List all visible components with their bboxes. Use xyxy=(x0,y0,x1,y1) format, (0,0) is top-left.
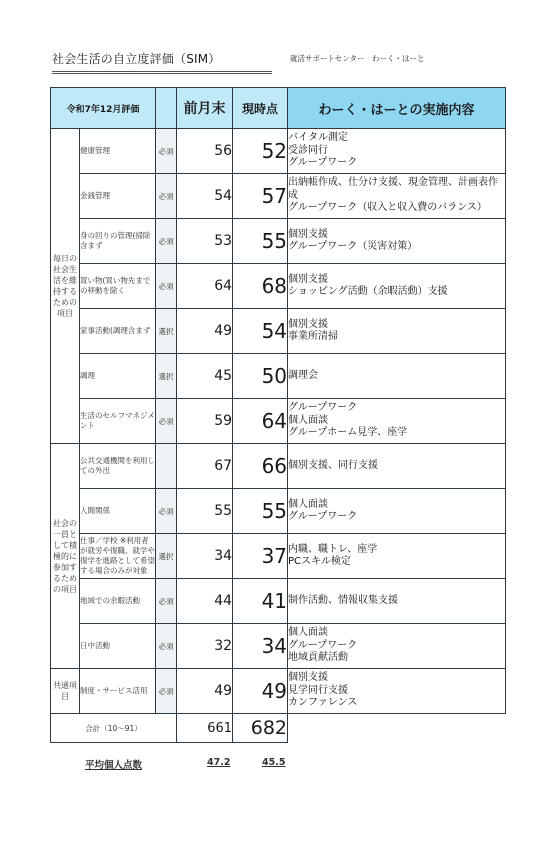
current-score: 49 xyxy=(233,669,288,714)
organization-name: 就活サポートセンター わーく・はーと xyxy=(290,53,424,64)
current-score: 68 xyxy=(233,264,288,309)
support-content: 内職、職トレ、座学PCスキル検定 xyxy=(288,534,506,579)
item-name: 買い物(買い物先までの移動を除く xyxy=(80,264,156,309)
support-content: グループワーク個人面談グループホーム見学、座学 xyxy=(288,399,506,444)
table-header-row: 令和7年12月評価 前月末 現時点 わーく・はーとの実施内容 xyxy=(51,88,506,129)
previous-score: 64 xyxy=(177,264,233,309)
average-previous: 47.2 xyxy=(207,757,230,768)
previous-score: 49 xyxy=(177,309,233,354)
table-row: 社会の一員として積極的に参加するための項目公共交通機関を利用しての外出6766個… xyxy=(51,444,506,489)
previous-score: 53 xyxy=(177,219,233,264)
support-content-line: グループワーク xyxy=(288,640,505,653)
current-score: 37 xyxy=(233,534,288,579)
support-content-line: 個別支援、同行支援 xyxy=(288,460,505,473)
support-content: 個別支援見学同行支援カンファレンス xyxy=(288,669,506,714)
item-name: 公共交通機関を利用しての外出 xyxy=(80,444,156,489)
support-content-line: 受診同行 xyxy=(288,145,505,158)
header-previous-month-end: 前月末 xyxy=(177,88,233,129)
total-previous: 661 xyxy=(177,714,233,743)
support-content-line: 個別支援 xyxy=(288,319,505,332)
item-name: 調理 xyxy=(80,354,156,399)
average-label: 平均個人点数 xyxy=(85,757,142,771)
item-name: 制度・サービス活用 xyxy=(80,669,156,714)
support-content-line: PCスキル検定 xyxy=(288,556,505,569)
required-flag: 選択 xyxy=(156,354,177,399)
group-label: 社会の一員として積極的に参加するための項目 xyxy=(51,444,80,669)
support-content-line: ショッピング活動（余暇活動）支援 xyxy=(288,286,505,299)
item-name: 地域での余暇活動 xyxy=(80,579,156,624)
support-content-line: 個人面談 xyxy=(288,499,505,512)
required-flag: 必須 xyxy=(156,219,177,264)
support-content: 個別支援、同行支援 xyxy=(288,444,506,489)
required-flag: 必須 xyxy=(156,264,177,309)
header-evaluation-period: 令和7年12月評価 xyxy=(51,88,156,129)
table-row: 買い物(買い物先までの移動を除く必須6468個別支援ショッピング活動（余暇活動）… xyxy=(51,264,506,309)
header-content: わーく・はーとの実施内容 xyxy=(288,88,506,129)
support-content-line: バイタル測定 xyxy=(288,132,505,145)
required-flag: 必須 xyxy=(156,489,177,534)
previous-score: 55 xyxy=(177,489,233,534)
previous-score: 56 xyxy=(177,129,233,174)
table-row: 人間関係必須5555個人面談グループワーク xyxy=(51,489,506,534)
previous-score: 34 xyxy=(177,534,233,579)
support-content-line: 個人面談 xyxy=(288,627,505,640)
support-content-line: 個別支援 xyxy=(288,274,505,287)
item-name: 生活のセルフマネジメント xyxy=(80,399,156,444)
required-flag: 必須 xyxy=(156,399,177,444)
previous-score: 67 xyxy=(177,444,233,489)
support-content-line: 調理会 xyxy=(288,370,505,383)
support-content-line: 地域貢献活動 xyxy=(288,652,505,665)
support-content-line: 個別支援 xyxy=(288,672,505,685)
current-score: 52 xyxy=(233,129,288,174)
item-name: 人間関係 xyxy=(80,489,156,534)
support-content: 個別支援グループワーク（災害対策） xyxy=(288,219,506,264)
header-required xyxy=(156,88,177,129)
header-current: 現時点 xyxy=(233,88,288,129)
current-score: 57 xyxy=(233,174,288,219)
group-label: 共通項目 xyxy=(51,669,80,714)
table-row: 地域での余暇活動必須4441制作活動、情報収集支援 xyxy=(51,579,506,624)
support-content-line: 内職、職トレ、座学 xyxy=(288,544,505,557)
previous-score: 44 xyxy=(177,579,233,624)
support-content-line: 個人面談 xyxy=(288,415,505,428)
previous-score: 49 xyxy=(177,669,233,714)
previous-score: 54 xyxy=(177,174,233,219)
group-label: 毎日の社会生活を維持するための項目 xyxy=(51,129,80,444)
table-row: 身の回りの管理(掃除含まず必須5355個別支援グループワーク（災害対策） xyxy=(51,219,506,264)
required-flag: 選択 xyxy=(156,534,177,579)
support-content: 制作活動、情報収集支援 xyxy=(288,579,506,624)
previous-score: 45 xyxy=(177,354,233,399)
previous-score: 59 xyxy=(177,399,233,444)
required-flag: 選択 xyxy=(156,309,177,354)
support-content-line: グループワーク（収入と収入費のバランス） xyxy=(288,202,505,215)
total-row: 合計（10～91）661682 xyxy=(51,714,506,743)
item-name: 身の回りの管理(掃除含まず xyxy=(80,219,156,264)
table-row: 家事活動(調理含まず選択4954個別支援事業所清掃 xyxy=(51,309,506,354)
document-title: 社会生活の自立度評価（SIM） xyxy=(52,50,272,74)
average-current: 45.5 xyxy=(262,757,285,768)
required-flag xyxy=(156,444,177,489)
total-label: 合計（10～91） xyxy=(51,714,177,743)
table-row: 調理選択4550調理会 xyxy=(51,354,506,399)
support-content-line: グループワーク xyxy=(288,157,505,170)
table-row: 毎日の社会生活を維持するための項目健康管理必須5652バイタル測定受診同行グルー… xyxy=(51,129,506,174)
item-name: 金銭管理 xyxy=(80,174,156,219)
support-content: 個人面談グループワーク地域貢献活動 xyxy=(288,624,506,669)
current-score: 66 xyxy=(233,444,288,489)
empty-cell xyxy=(288,714,506,743)
support-content: 個別支援ショッピング活動（余暇活動）支援 xyxy=(288,264,506,309)
support-content-line: グループワーク（災害対策） xyxy=(288,241,505,254)
previous-score: 32 xyxy=(177,624,233,669)
support-content: バイタル測定受診同行グループワーク xyxy=(288,129,506,174)
total-current: 682 xyxy=(233,714,288,743)
required-flag: 必須 xyxy=(156,129,177,174)
table-row: 日中活動必須3234個人面談グループワーク地域貢献活動 xyxy=(51,624,506,669)
support-content-line: 見学同行支援 xyxy=(288,685,505,698)
required-flag: 必須 xyxy=(156,669,177,714)
current-score: 64 xyxy=(233,399,288,444)
item-name: 仕事／学校 ※利用者が就労や復職、就学や復学を進路として希望する場合のみが対象 xyxy=(80,534,156,579)
table-row: 共通項目制度・サービス活用必須4949個別支援見学同行支援カンファレンス xyxy=(51,669,506,714)
support-content: 出納帳作成、仕分け支援、現金管理、計画表作成グループワーク（収入と収入費のバラン… xyxy=(288,174,506,219)
support-content: 個別支援事業所清掃 xyxy=(288,309,506,354)
support-content-line: 制作活動、情報収集支援 xyxy=(288,595,505,608)
table-row: 金銭管理必須5457出納帳作成、仕分け支援、現金管理、計画表作成グループワーク（… xyxy=(51,174,506,219)
support-content-line: カンファレンス xyxy=(288,697,505,710)
support-content-line: グループホーム見学、座学 xyxy=(288,427,505,440)
required-flag: 必須 xyxy=(156,579,177,624)
current-score: 41 xyxy=(233,579,288,624)
support-content-line: 事業所清掃 xyxy=(288,331,505,344)
required-flag: 必須 xyxy=(156,624,177,669)
support-content-line: グループワーク xyxy=(288,402,505,415)
table-row: 仕事／学校 ※利用者が就労や復職、就学や復学を進路として希望する場合のみが対象選… xyxy=(51,534,506,579)
support-content-line: グループワーク xyxy=(288,511,505,524)
current-score: 55 xyxy=(233,489,288,534)
support-content: 調理会 xyxy=(288,354,506,399)
required-flag: 必須 xyxy=(156,174,177,219)
support-content: 個人面談グループワーク xyxy=(288,489,506,534)
table-row: 生活のセルフマネジメント必須5964グループワーク個人面談グループホーム見学、座… xyxy=(51,399,506,444)
current-score: 55 xyxy=(233,219,288,264)
support-content-line: 個別支援 xyxy=(288,229,505,242)
current-score: 54 xyxy=(233,309,288,354)
support-content-line: 出納帳作成、仕分け支援、現金管理、計画表作成 xyxy=(288,177,505,202)
sim-evaluation-table: 令和7年12月評価 前月末 現時点 わーく・はーとの実施内容 毎日の社会生活を維… xyxy=(50,87,506,743)
item-name: 日中活動 xyxy=(80,624,156,669)
item-name: 家事活動(調理含まず xyxy=(80,309,156,354)
current-score: 34 xyxy=(233,624,288,669)
item-name: 健康管理 xyxy=(80,129,156,174)
current-score: 50 xyxy=(233,354,288,399)
